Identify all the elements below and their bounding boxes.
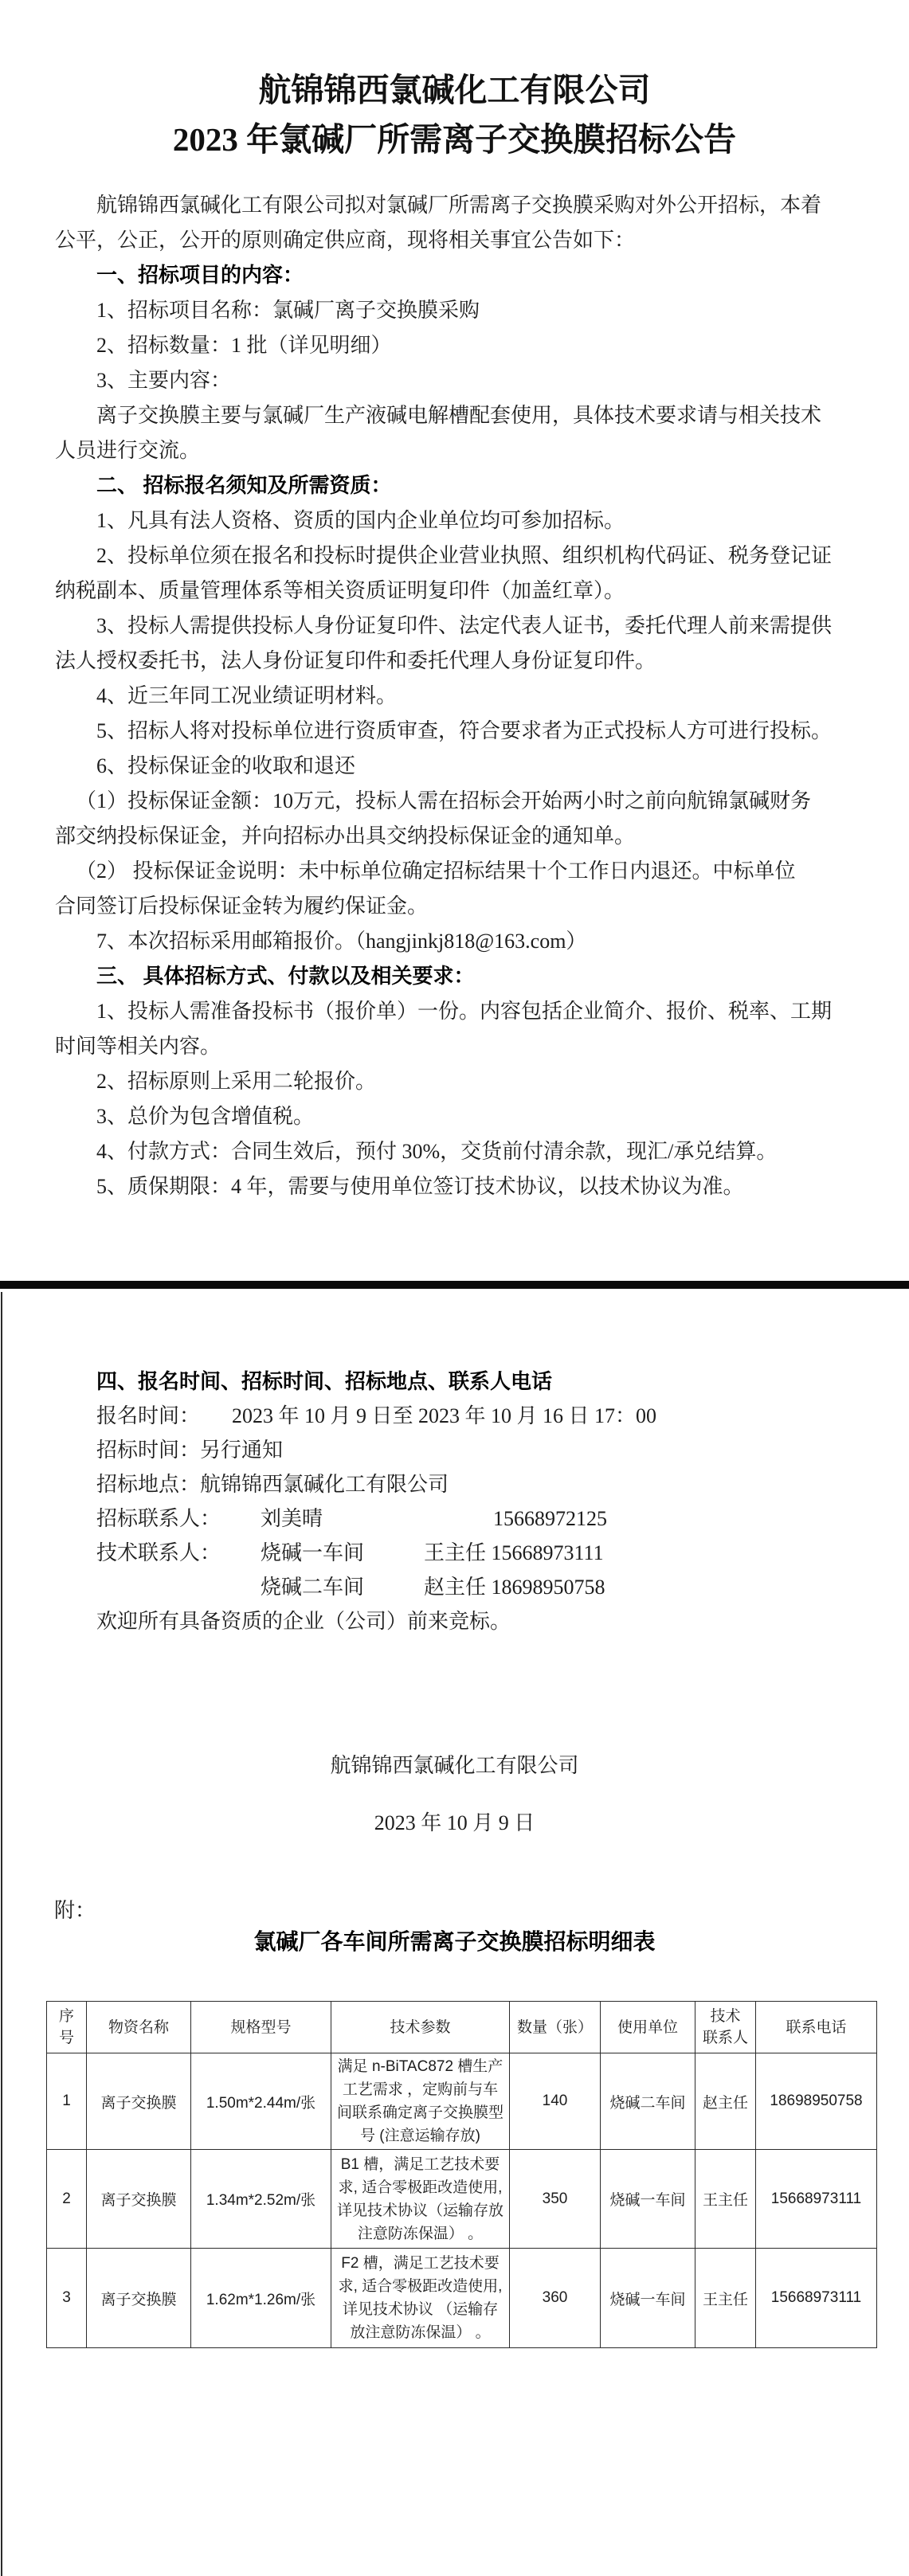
body-line: 离子交换膜主要与氯碱厂生产液碱电解槽配套使用，具体技术要求请与相关技术 xyxy=(55,398,860,433)
contact-field: 报名时间： xyxy=(96,1399,232,1433)
announcement-body: 航锦锦西氯碱化工有限公司拟对氯碱厂所需离子交换膜采购对外公开招标，本着公平，公正… xyxy=(55,188,860,1204)
table-cell: 离子交换膜 xyxy=(87,2053,191,2150)
table-header-cell: 物资名称 xyxy=(87,2002,191,2053)
contact-field: 烧碱一车间 xyxy=(261,1536,424,1570)
body-line: 时间等相关内容。 xyxy=(55,1029,860,1064)
body-line: 1、投标人需准备投标书（报价单）一份。内容包括企业简介、报价、税率、工期 xyxy=(55,994,860,1029)
table-row: 1离子交换膜1.50m*2.44m/张满足 n-BiTAC872 槽生产工艺需求… xyxy=(47,2053,877,2150)
table-cell: 15668973111 xyxy=(756,2150,877,2249)
table-cell: 烧碱一车间 xyxy=(601,2249,695,2348)
table-header-cell: 技术参数 xyxy=(331,2002,510,2053)
body-line: 5、质保期限：4 年，需要与使用单位签订技术协议，以技术协议为准。 xyxy=(55,1169,860,1204)
contact-field: 15668972125 xyxy=(493,1501,607,1536)
table-row: 2离子交换膜1.34m*2.52m/张B1 槽，满足工艺技术要求, 适合零极距改… xyxy=(47,2150,877,2249)
table-cell: 王主任 xyxy=(695,2249,756,2348)
section-heading: 二、 招标报名须知及所需资质： xyxy=(55,468,860,503)
body-line: 1、招标项目名称：氯碱厂离子交换膜采购 xyxy=(55,293,860,328)
table-header-cell: 技术 联系人 xyxy=(695,2002,756,2053)
table-cell: 离子交换膜 xyxy=(87,2150,191,2249)
signature-date: 2023 年 10 月 9 日 xyxy=(0,1807,909,1836)
table-cell: 1.62m*1.26m/张 xyxy=(191,2249,331,2348)
contact-field: 招标时间：另行通知 xyxy=(96,1433,283,1467)
table-row: 3离子交换膜1.62m*1.26m/张F2 槽，满足工艺技术要求, 适合零极距改… xyxy=(47,2249,877,2348)
welcome-line: 欢迎所有具备资质的企业（公司）前来竞标。 xyxy=(55,1604,860,1638)
contact-field: 四、报名时间、招标时间、招标地点、联系人电话 xyxy=(96,1364,552,1399)
table-cell: 1.50m*2.44m/张 xyxy=(191,2053,331,2150)
page-separator-bar xyxy=(0,1281,909,1289)
body-line: 3、投标人需提供投标人身份证复印件、法定代表人证书，委托代理人前来需提供 xyxy=(55,609,860,644)
table-cell: 烧碱二车间 xyxy=(601,2053,695,2150)
body-line: 2、招标原则上采用二轮报价。 xyxy=(55,1064,860,1099)
contact-field: 王主任 15668973111 xyxy=(424,1536,604,1570)
body-line: 纳税副本、质量管理体系等相关资质证明复印件（加盖红章）。 xyxy=(55,574,860,609)
body-line: 航锦锦西氯碱化工有限公司拟对氯碱厂所需离子交换膜采购对外公开招标，本着 xyxy=(55,188,860,223)
body-line: 人员进行交流。 xyxy=(55,433,860,468)
section-heading: 四、报名时间、招标时间、招标地点、联系人电话 xyxy=(55,1364,860,1399)
contact-field: 招标地点：航锦锦西氯碱化工有限公司 xyxy=(96,1467,449,1501)
contact-field: 招标联系人： xyxy=(96,1501,261,1536)
signature-company: 航锦锦西氯碱化工有限公司 xyxy=(0,1749,909,1779)
table-cell: 离子交换膜 xyxy=(87,2249,191,2348)
document-title-line1: 航锦锦西氯碱化工有限公司 xyxy=(0,65,909,115)
membrane-detail-table: 序 号物资名称规格型号技术参数数量（张）使用单位技术 联系人联系电话1离子交换膜… xyxy=(46,2001,877,2348)
contact-field: 赵主任 18698950758 xyxy=(424,1570,605,1604)
table-cell: 360 xyxy=(510,2249,601,2348)
table-cell: 15668973111 xyxy=(756,2249,877,2348)
contact-line: 招标联系人：刘美晴15668972125 xyxy=(55,1501,860,1536)
table-header-row: 序 号物资名称规格型号技术参数数量（张）使用单位技术 联系人联系电话 xyxy=(47,2002,877,2053)
attachment-label: 附： xyxy=(54,1894,96,1924)
contact-field: 2023 年 10 月 9 日至 2023 年 10 月 16 日 17：00 xyxy=(232,1399,656,1433)
contact-field: 刘美晴 xyxy=(261,1501,493,1536)
body-line: 7、本次招标采用邮箱报价。（hangjinkj818@163.com） xyxy=(55,924,860,959)
table-cell: 烧碱一车间 xyxy=(601,2150,695,2249)
contact-line: 招标地点：航锦锦西氯碱化工有限公司 xyxy=(55,1467,860,1501)
table-cell: 350 xyxy=(510,2150,601,2249)
body-line: （2） 投标保证金说明：未中标单位确定招标结果十个工作日内退还。中标单位 xyxy=(55,854,860,889)
document-title-line2: 2023 年氯碱厂所需离子交换膜招标公告 xyxy=(0,115,909,164)
contact-field: 技术联系人： xyxy=(96,1536,261,1570)
table-cell: 18698950758 xyxy=(756,2053,877,2150)
contact-field: 烧碱二车间 xyxy=(261,1570,424,1604)
body-line: （1）投标保证金额：10万元，投标人需在招标会开始两小时之前向航锦氯碱财务 xyxy=(55,784,860,819)
section-heading: 一、招标项目的内容： xyxy=(55,258,860,293)
body-line: 3、总价为包含增值税。 xyxy=(55,1099,860,1134)
contact-info-section: 四、报名时间、招标时间、招标地点、联系人电话报名时间：2023 年 10 月 9… xyxy=(55,1364,860,1638)
table-cell: B1 槽，满足工艺技术要求, 适合零极距改造使用, 详见技术协议（运输存放注意防… xyxy=(331,2150,510,2249)
body-line: 5、招标人将对投标单位进行资质审查，符合要求者为正式投标人方可进行投标。 xyxy=(55,714,860,749)
body-line: 部交纳投标保证金，并向招标办出具交纳投标保证金的通知单。 xyxy=(55,819,860,854)
document-title: 航锦锦西氯碱化工有限公司 2023 年氯碱厂所需离子交换膜招标公告 xyxy=(0,65,909,164)
table-cell: F2 槽，满足工艺技术要求, 适合零极距改造使用, 详见技术协议 （运输存放注意… xyxy=(331,2249,510,2348)
contact-line: 烧碱二车间赵主任 18698950758 xyxy=(55,1570,860,1604)
body-line: 合同签订后投标保证金转为履约保证金。 xyxy=(55,889,860,924)
body-line: 1、凡具有法人资格、资质的国内企业单位均可参加招标。 xyxy=(55,503,860,538)
table-cell: 王主任 xyxy=(695,2150,756,2249)
table-cell: 1.34m*2.52m/张 xyxy=(191,2150,331,2249)
body-line: 4、付款方式：合同生效后，预付 30%，交货前付清余款，现汇/承兑结算。 xyxy=(55,1134,860,1169)
table-cell: 1 xyxy=(47,2053,87,2150)
table-header-cell: 数量（张） xyxy=(510,2002,601,2053)
table-cell: 赵主任 xyxy=(695,2053,756,2150)
table-cell: 2 xyxy=(47,2150,87,2249)
body-line: 2、招标数量：1 批（详见明细） xyxy=(55,328,860,363)
table-cell: 满足 n-BiTAC872 槽生产工艺需求 ，定购前与车间联系确定离子交换膜型号… xyxy=(331,2053,510,2150)
body-line: 6、投标保证金的收取和退还 xyxy=(55,749,860,784)
table-header-cell: 序 号 xyxy=(47,2002,87,2053)
detail-table-title: 氯碱厂各车间所需离子交换膜招标明细表 xyxy=(0,1924,909,1956)
table-header-cell: 使用单位 xyxy=(601,2002,695,2053)
body-line: 公平，公正，公开的原则确定供应商，现将相关事宜公告如下： xyxy=(55,223,860,258)
body-line: 4、近三年同工况业绩证明材料。 xyxy=(55,679,860,714)
body-line: 法人授权委托书，法人身份证复印件和委托代理人身份证复印件。 xyxy=(55,644,860,679)
table-header-cell: 联系电话 xyxy=(756,2002,877,2053)
section-heading: 三、 具体招标方式、付款以及相关要求： xyxy=(55,959,860,994)
contact-line: 报名时间：2023 年 10 月 9 日至 2023 年 10 月 16 日 1… xyxy=(55,1399,860,1433)
table-cell: 140 xyxy=(510,2053,601,2150)
bid-announcement-document: 航锦锦西氯碱化工有限公司 2023 年氯碱厂所需离子交换膜招标公告 航锦锦西氯碱… xyxy=(0,0,909,2576)
table-header-cell: 规格型号 xyxy=(191,2002,331,2053)
table-cell: 3 xyxy=(47,2249,87,2348)
contact-line: 招标时间：另行通知 xyxy=(55,1433,860,1467)
body-line: 2、投标单位须在报名和投标时提供企业营业执照、组织机构代码证、税务登记证 xyxy=(55,538,860,574)
contact-line: 技术联系人：烧碱一车间王主任 15668973111 xyxy=(55,1536,860,1570)
body-line: 3、主要内容： xyxy=(55,363,860,398)
